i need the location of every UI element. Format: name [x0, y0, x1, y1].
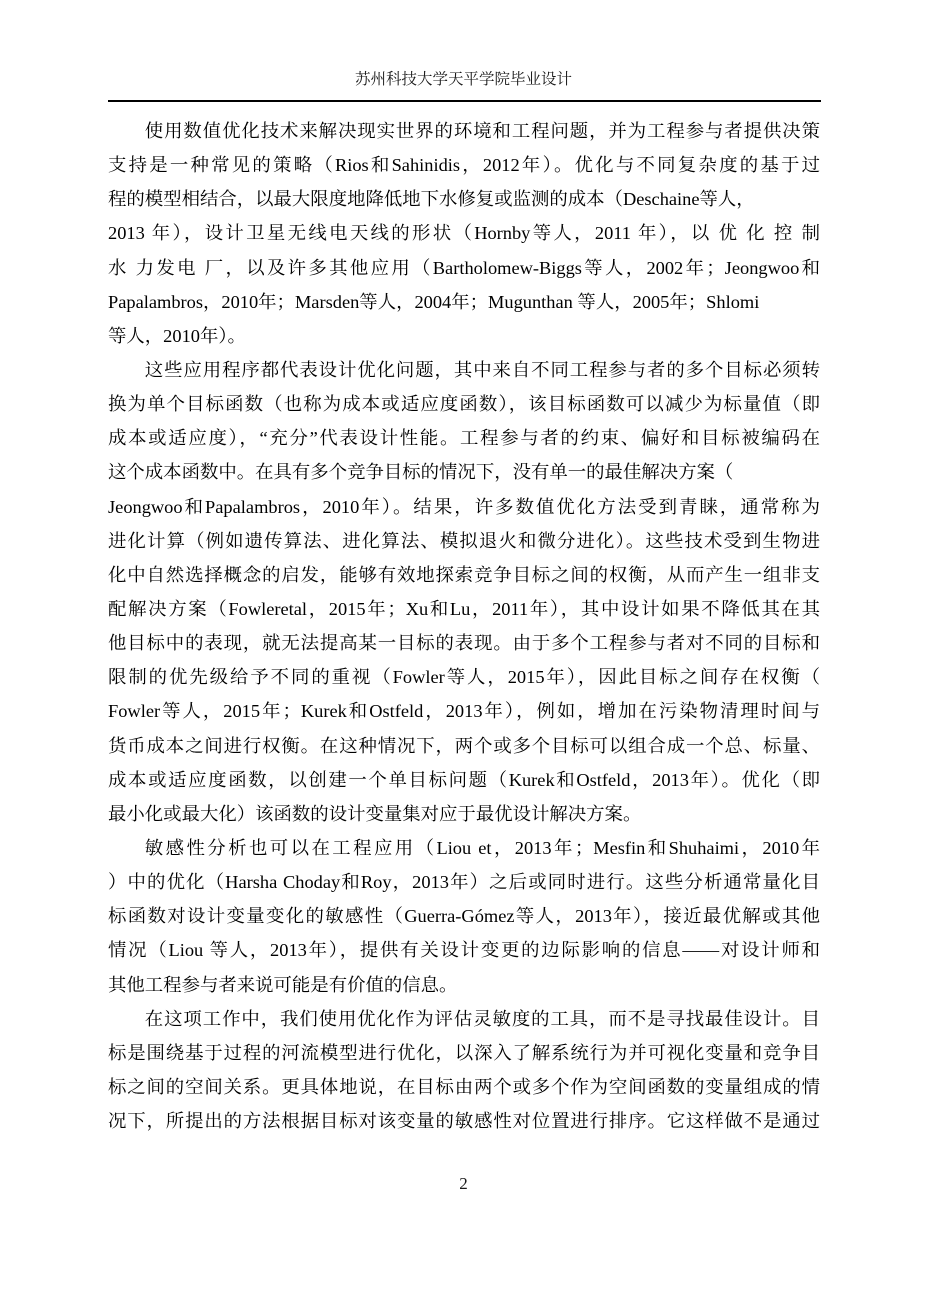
text-line: 成本或适应度），“充分”代表设计性能。工程参与者的约束、偏好和目标被编码在 — [108, 421, 820, 455]
document-page: 苏州科技大学天平学院毕业设计 使用数值优化技术来解决现实世界的环境和工程问题，并… — [0, 0, 927, 1309]
paragraph: 敏感性分析也可以在工程应用（Liou et，2013年；Mesfin和Shuha… — [108, 831, 820, 1002]
text-line: Jeongwoo和Papalambros，2010年）。结果，许多数值优化方法受… — [108, 490, 820, 524]
text-line: Fowler等人，2015年；Kurek和Ostfeld，2013年），例如，增… — [108, 694, 820, 728]
text-line: 货币成本之间进行权衡。在这种情况下，两个或多个目标可以组合成一个总、标量、 — [108, 729, 820, 763]
paragraph: 这些应用程序都代表设计优化问题，其中来自不同工程参与者的多个目标必须转换为单个目… — [108, 353, 820, 831]
text-line: 支持是一种常见的策略（Rios和Sahinidis，2012年）。优化与不同复杂… — [108, 148, 820, 182]
text-line: 标是围绕基于过程的河流模型进行优化，以深入了解系统行为并可视化变量和竞争目 — [108, 1036, 820, 1070]
text-line: 配解决方案（Fowleretal，2015年；Xu和Lu，2011年），其中设计… — [108, 592, 820, 626]
header-title: 苏州科技大学天平学院毕业设计 — [0, 69, 927, 91]
text-line: 2013 年），设计卫星无线电天线的形状（Hornby等人，2011 年），以 … — [108, 216, 820, 250]
text-line: 使用数值优化技术来解决现实世界的环境和工程问题，并为工程参与者提供决策 — [108, 114, 820, 148]
header-rule — [108, 100, 821, 102]
page-number: 2 — [459, 1174, 468, 1193]
document-body: 使用数值优化技术来解决现实世界的环境和工程问题，并为工程参与者提供决策支持是一种… — [108, 114, 820, 1138]
text-line: ）中的优化（Harsha Choday和Roy，2013年）之后或同时进行。这些… — [108, 865, 820, 899]
text-line: 成本或适应度函数，以创建一个单目标问题（Kurek和Ostfeld，2013年）… — [108, 763, 820, 797]
text-line: 标函数对设计变量变化的敏感性（Guerra-Gómez等人，2013年），接近最… — [108, 899, 820, 933]
text-line: 最小化或最大化）该函数的设计变量集对应于最优设计解决方案。 — [108, 797, 820, 831]
text-line: 化中自然选择概念的启发，能够有效地探索竞争目标之间的权衡，从而产生一组非支 — [108, 558, 820, 592]
text-line: 等人，2010年）。 — [108, 319, 820, 353]
text-line: 进化计算（例如遗传算法、进化算法、模拟退火和微分进化）。这些技术受到生物进 — [108, 524, 820, 558]
text-line: 况下，所提出的方法根据目标对该变量的敏感性对位置进行排序。它这样做不是通过 — [108, 1104, 820, 1138]
text-line: 其他工程参与者来说可能是有价值的信息。 — [108, 968, 820, 1002]
text-line: 程的模型相结合，以最大限度地降低地下水修复或监测的成本（Deschaine等人， — [108, 182, 820, 216]
text-line: 标之间的空间关系。更具体地说，在目标由两个或多个作为空间函数的变量组成的情 — [108, 1070, 820, 1104]
text-line: 这些应用程序都代表设计优化问题，其中来自不同工程参与者的多个目标必须转 — [108, 353, 820, 387]
text-line: 情况（Liou 等人，2013年），提供有关设计变更的边际影响的信息——对设计师… — [108, 933, 820, 967]
text-line: 水 力发电 厂，以及许多其他应用（Bartholomew-Biggs等人，200… — [108, 251, 820, 285]
text-line: 限制的优先级给予不同的重视（Fowler等人，2015年），因此目标之间存在权衡… — [108, 660, 820, 694]
paragraph: 在这项工作中，我们使用优化作为评估灵敏度的工具，而不是寻找最佳设计。目标是围绕基… — [108, 1002, 820, 1139]
text-line: 敏感性分析也可以在工程应用（Liou et，2013年；Mesfin和Shuha… — [108, 831, 820, 865]
text-line: 在这项工作中，我们使用优化作为评估灵敏度的工具，而不是寻找最佳设计。目 — [108, 1002, 820, 1036]
text-line: 换为单个目标函数（也称为成本或适应度函数），该目标函数可以减少为标量值（即 — [108, 387, 820, 421]
page-footer: 2 — [0, 1172, 927, 1196]
text-line: 他目标中的表现，就无法提高某一目标的表现。由于多个工程参与者对不同的目标和 — [108, 626, 820, 660]
paragraph: 使用数值优化技术来解决现实世界的环境和工程问题，并为工程参与者提供决策支持是一种… — [108, 114, 820, 353]
text-line: 这个成本函数中。在具有多个竞争目标的情况下，没有单一的最佳解决方案（ — [108, 455, 820, 489]
text-line: Papalambros，2010年；Marsden等人，2004年；Mugunt… — [108, 285, 820, 319]
